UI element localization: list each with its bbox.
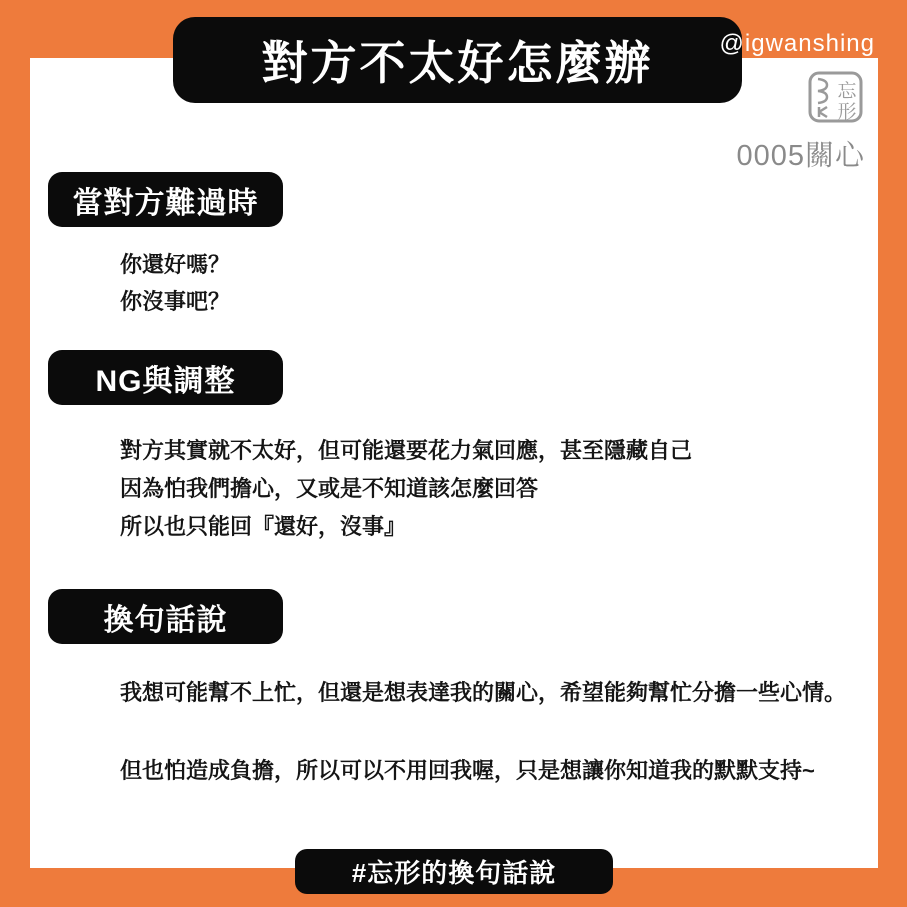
- body-line: 但也怕造成負擔，所以可以不用回我喔，只是想讓你知道我的默默支持~: [120, 752, 815, 790]
- section-header-label: 當對方難過時: [73, 178, 259, 222]
- section-body-rephrase-1: 我想可能幫不上忙，但還是想表達我的關心，希望能夠幫忙分擔一些心情。: [120, 674, 846, 712]
- logo-char-bottom: 形: [837, 101, 856, 123]
- body-line: 對方其實就不太好，但可能還要花力氣回應，甚至隱藏自己: [120, 432, 692, 470]
- infographic-card: 對方不太好怎麼辦 @igwanshing 忘 形 0005關心 當對方難過時 你…: [0, 0, 907, 907]
- series-number: 0005關心: [736, 133, 865, 174]
- title-banner: 對方不太好怎麼辦: [173, 17, 742, 103]
- section-header-rephrase: 換句話說: [48, 589, 283, 644]
- brand-seal-logo: 忘 形: [808, 71, 863, 123]
- body-line: 因為怕我們擔心，又或是不知道該怎麼回答: [120, 470, 692, 508]
- footer-hashtag: #忘形的換句話說: [352, 853, 556, 890]
- footer-hashtag-banner: #忘形的換句話說: [295, 849, 613, 894]
- section-header-label: NG與調整: [96, 356, 236, 400]
- body-line: 所以也只能回『還好，沒事』: [120, 508, 692, 546]
- section-header-when-sad: 當對方難過時: [48, 172, 283, 227]
- section-body-ng-adjust: 對方其實就不太好，但可能還要花力氣回應，甚至隱藏自己 因為怕我們擔心，又或是不知…: [120, 432, 692, 546]
- seal-icon: 忘 形: [808, 71, 863, 123]
- body-line: 我想可能幫不上忙，但還是想表達我的關心，希望能夠幫忙分擔一些心情。: [120, 674, 846, 712]
- instagram-handle: @igwanshing: [720, 30, 875, 58]
- logo-char-top: 忘: [837, 80, 857, 102]
- page-title: 對方不太好怎麼辦: [262, 27, 654, 93]
- section-header-label: 換句話說: [104, 595, 228, 639]
- section-header-ng-adjust: NG與調整: [48, 350, 283, 405]
- section-body-when-sad: 你還好嗎？ 你沒事吧？: [120, 246, 230, 320]
- body-line: 你還好嗎？: [120, 246, 230, 283]
- section-body-rephrase-2: 但也怕造成負擔，所以可以不用回我喔，只是想讓你知道我的默默支持~: [120, 752, 815, 790]
- body-line: 你沒事吧？: [120, 283, 230, 320]
